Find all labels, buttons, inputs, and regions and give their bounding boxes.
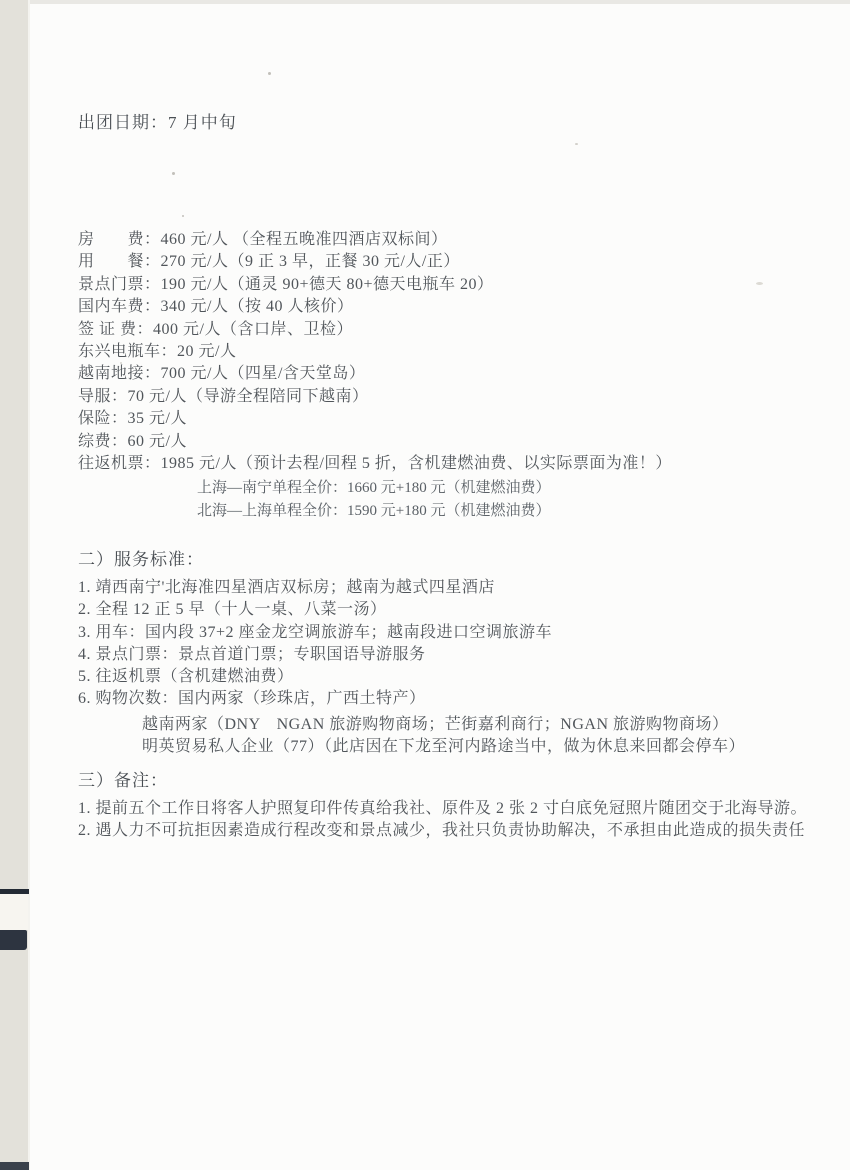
service-standards-section: 二）服务标准： 1. 靖西南宁'北海准四星酒店双标房；越南为越式四星酒店 2. … [78, 548, 745, 758]
scan-speck [182, 215, 184, 217]
flight-fare-shanghai-nanning: 上海—南宁单程全价：1660 元+180 元（机建燃油费） [78, 477, 672, 499]
scanned-document-page: 出团日期：7 月中旬 房 费：460 元/人 （全程五晚准四酒店双标间） 用 餐… [0, 0, 850, 1170]
remarks-section: 三）备注： 1. 提前五个工作日将客人护照复印件传真给我社、原件及 2 张 2 … [78, 769, 807, 843]
remark-force-majeure: 2. 遇人力不可抗拒因素造成行程改变和景点减少，我社只负责协助解决，不承担由此造… [78, 820, 807, 842]
scan-edge-gap-artifact [0, 894, 28, 930]
scan-dark-band-artifact [0, 930, 27, 950]
scan-top-edge-artifact [0, 0, 850, 4]
price-line-misc-fee: 综费：60 元/人 [78, 431, 672, 453]
price-line-dongxing-cart: 东兴电瓶车：20 元/人 [78, 341, 672, 363]
price-line-guide-service: 导服：70 元/人（导游全程陪同下越南） [78, 386, 672, 408]
remarks-title: 三）备注： [78, 769, 807, 793]
price-line-meals: 用 餐：270 元/人（9 正 3 早，正餐 30 元/人/正） [78, 251, 672, 273]
scan-speck [575, 143, 578, 145]
service-item-tickets: 4. 景点门票：景点首道门票；专职国语导游服务 [78, 644, 745, 666]
service-standards-title: 二）服务标准： [78, 548, 745, 572]
price-line-round-trip-air: 往返机票：1985 元/人（预计去程/回程 5 折，含机建燃油费、以实际票面为准… [78, 453, 672, 475]
price-line-domestic-bus: 国内车费：340 元/人（按 40 人核价） [78, 296, 672, 318]
scan-speck [268, 72, 271, 75]
departure-date-line: 出团日期：7 月中旬 [78, 108, 237, 133]
price-line-visa: 签 证 费：400 元/人（含口岸、卫检） [78, 319, 672, 341]
service-item-meals: 2. 全程 12 正 5 早（十人一桌、八菜一汤） [78, 599, 745, 621]
price-line-room: 房 费：460 元/人 （全程五晚准四酒店双标间） [78, 229, 672, 251]
service-item-shopping: 6. 购物次数：国内两家（珍珠店，广西土特产） [78, 688, 745, 710]
shopping-detail-mingying: 明英贸易私人企业（77）（此店因在下龙至河内路途当中，做为休息来回都会停车） [78, 736, 745, 758]
service-item-vehicle: 3. 用车：国内段 37+2 座金龙空调旅游车；越南段进口空调旅游车 [78, 622, 745, 644]
service-item-airfare: 5. 往返机票（含机建燃油费） [78, 666, 745, 688]
scan-dark-line-artifact [0, 889, 29, 894]
scan-bottom-bar-artifact [0, 1162, 29, 1170]
service-item-hotel: 1. 靖西南宁'北海准四星酒店双标房；越南为越式四星酒店 [78, 577, 745, 599]
scan-left-edge-artifact [0, 0, 30, 1170]
scan-speck [756, 282, 763, 285]
price-line-vietnam-ground: 越南地接：700 元/人（四星/含天堂岛） [78, 363, 672, 385]
shopping-detail-vietnam: 越南两家（DNY NGAN 旅游购物商场；芒街嘉利商行；NGAN 旅游购物商场） [78, 714, 745, 736]
price-line-insurance: 保险：35 元/人 [78, 408, 672, 430]
flight-fare-beihai-shanghai: 北海—上海单程全价：1590 元+180 元（机建燃油费） [78, 500, 672, 522]
price-line-tickets: 景点门票：190 元/人（通灵 90+德天 80+德天电瓶车 20） [78, 274, 672, 296]
remark-passport: 1. 提前五个工作日将客人护照复印件传真给我社、原件及 2 张 2 寸白底免冠照… [78, 798, 807, 820]
scan-speck [172, 172, 175, 175]
price-breakdown-list: 房 费：460 元/人 （全程五晚准四酒店双标间） 用 餐：270 元/人（9 … [78, 229, 672, 522]
